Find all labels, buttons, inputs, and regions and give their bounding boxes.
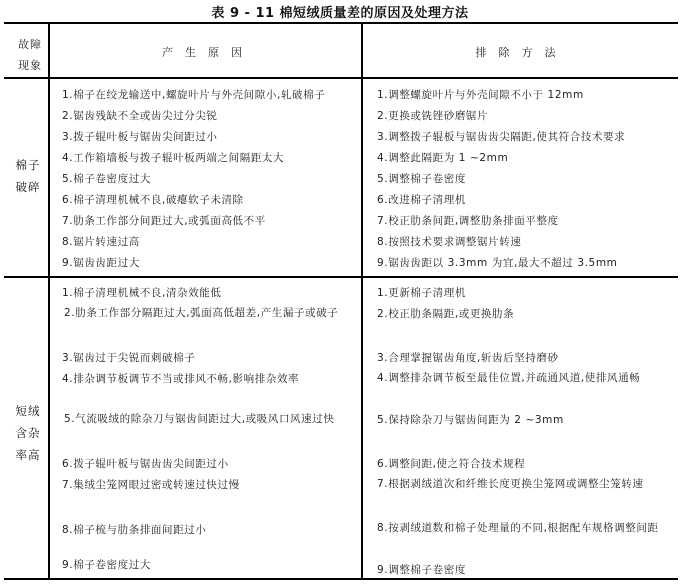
fix-item: 2.更换或铣锉砂磨锯片 bbox=[377, 108, 488, 123]
table-title: 表 9 - 11 棉短绒质量差的原因及处理方法 bbox=[0, 2, 680, 21]
fix-item: 5.保持除杂刀与锯齿间距为 2 ~3mm bbox=[377, 412, 564, 427]
fix-item: 3.合理掌握锯齿角度,斩齿后坚持磨砂 bbox=[377, 350, 559, 365]
column-divider-middle bbox=[361, 24, 363, 578]
cause-item: 6.棉子清理机械不良,破瘪软子未清除 bbox=[62, 192, 244, 207]
fix-item: 9.调整棉子卷密度 bbox=[377, 562, 466, 577]
fix-item: 8.按照技术要求调整锯片转速 bbox=[377, 234, 521, 249]
fixes-list-2: 1.更新棉子清理机 2.校正肋条隔距,或更换肋条 3.合理掌握锯齿角度,斩齿后坚… bbox=[365, 282, 675, 580]
header-fault-line1: 故障 bbox=[10, 34, 50, 55]
fix-item: 6.改进棉子清理机 bbox=[377, 192, 466, 207]
fix-item: 3.调整拨子辊板与锯齿齿尖隔距,使其符合技术要求 bbox=[377, 129, 625, 144]
fix-item: 4.调整排杂调节板至最佳位置,并疏通风道,使排风通畅 bbox=[365, 367, 673, 389]
cause-item: 5.棉子卷密度过大 bbox=[62, 171, 151, 186]
header-fault-line2: 现象 bbox=[10, 55, 50, 76]
cause-item: 3.锯齿过于尖锐而刺破棉子 bbox=[62, 350, 195, 365]
fix-item: 1.更新棉子清理机 bbox=[377, 285, 466, 300]
cause-item: 7.集绒尘笼网眼过密或转速过快过慢 bbox=[62, 477, 240, 492]
causes-list-1: 1.棉子在绞龙输送中,螺旋叶片与外壳间隙小,轧破棉子 2.锯齿残缺不全或齿尖过分… bbox=[62, 84, 358, 274]
column-divider-left bbox=[48, 24, 50, 578]
cause-item: 5.气流吸绒的除杂刀与锯齿间距过大,或吸风口风速过快 bbox=[52, 408, 358, 430]
label-line: 短绒 bbox=[6, 400, 50, 422]
fix-item: 9.锯齿齿距以 3.3mm 为宜,最大不超过 3.5mm bbox=[377, 255, 617, 270]
label-line: 破碎 bbox=[6, 176, 50, 198]
section-label-seed-broken: 棉子 破碎 bbox=[6, 154, 50, 198]
cause-item: 4.排杂调节板调节不当或排风不畅,影响排杂效率 bbox=[62, 371, 299, 386]
label-line: 棉子 bbox=[6, 154, 50, 176]
fix-item: 7.根据剥绒道次和纤维长度更换尘笼网或调整尘笼转速 bbox=[365, 473, 673, 495]
cause-item: 8.棉子梳与肋条排面间距过小 bbox=[62, 522, 206, 537]
header-fault: 故障 现象 bbox=[10, 34, 50, 76]
fix-item: 4.调整此隔距为 1 ~2mm bbox=[377, 150, 508, 165]
cause-item: 8.锯片转速过高 bbox=[62, 234, 140, 249]
fault-table: 故障 现象 产生原因 排除方法 棉子 破碎 1.棉子在绞龙输送中,螺旋叶片与外壳… bbox=[4, 22, 678, 580]
cause-item: 9.棉子卷密度过大 bbox=[62, 557, 151, 572]
section-divider bbox=[4, 276, 678, 278]
fixes-list-1: 1.调整螺旋叶片与外壳间隙不小于 12mm 2.更换或铣锉砂磨锯片 3.调整拨子… bbox=[377, 84, 675, 274]
header-fix: 排除方法 bbox=[365, 44, 678, 60]
fix-item: 2.校正肋条隔距,或更换肋条 bbox=[377, 306, 514, 321]
section-label-high-impurity: 短绒 含杂 率高 bbox=[6, 400, 50, 466]
fix-item: 7.校正肋条间距,调整肋条排面平整度 bbox=[377, 213, 559, 228]
cause-item: 1.棉子清理机械不良,清杂效能低 bbox=[62, 285, 221, 300]
label-line: 含杂 bbox=[6, 422, 50, 444]
cause-item: 2.锯齿残缺不全或齿尖过分尖锐 bbox=[62, 108, 218, 123]
causes-list-2: 1.棉子清理机械不良,清杂效能低 2.肋条工作部分隔距过大,弧面高低超差,产生漏… bbox=[52, 282, 360, 580]
cause-item: 6.拨子辊叶板与锯齿齿尖间距过小 bbox=[62, 456, 229, 471]
fix-item: 5.调整棉子卷密度 bbox=[377, 171, 466, 186]
header-divider bbox=[4, 77, 678, 79]
cause-item: 2.肋条工作部分隔距过大,弧面高低超差,产生漏子或破子 bbox=[52, 302, 358, 324]
cause-item: 9.锯齿齿距过大 bbox=[62, 255, 140, 270]
header-cause: 产生原因 bbox=[52, 44, 364, 60]
cause-item: 4.工作箱墙板与拨子辊叶板两端之间隔距太大 bbox=[62, 150, 284, 165]
fix-item: 6.调整间距,使之符合技术规程 bbox=[377, 456, 525, 471]
fix-item: 8.按剥绒道数和棉子处理量的不同,根据配车规格调整间距 bbox=[365, 517, 673, 539]
label-line: 率高 bbox=[6, 444, 50, 466]
cause-item: 1.棉子在绞龙输送中,螺旋叶片与外壳间隙小,轧破棉子 bbox=[62, 87, 325, 102]
cause-item: 7.肋条工作部分间距过大,或弧面高低不平 bbox=[62, 213, 266, 228]
cause-item: 3.拨子辊叶板与锯齿尖间距过小 bbox=[62, 129, 218, 144]
fix-item: 1.调整螺旋叶片与外壳间隙不小于 12mm bbox=[377, 87, 584, 102]
